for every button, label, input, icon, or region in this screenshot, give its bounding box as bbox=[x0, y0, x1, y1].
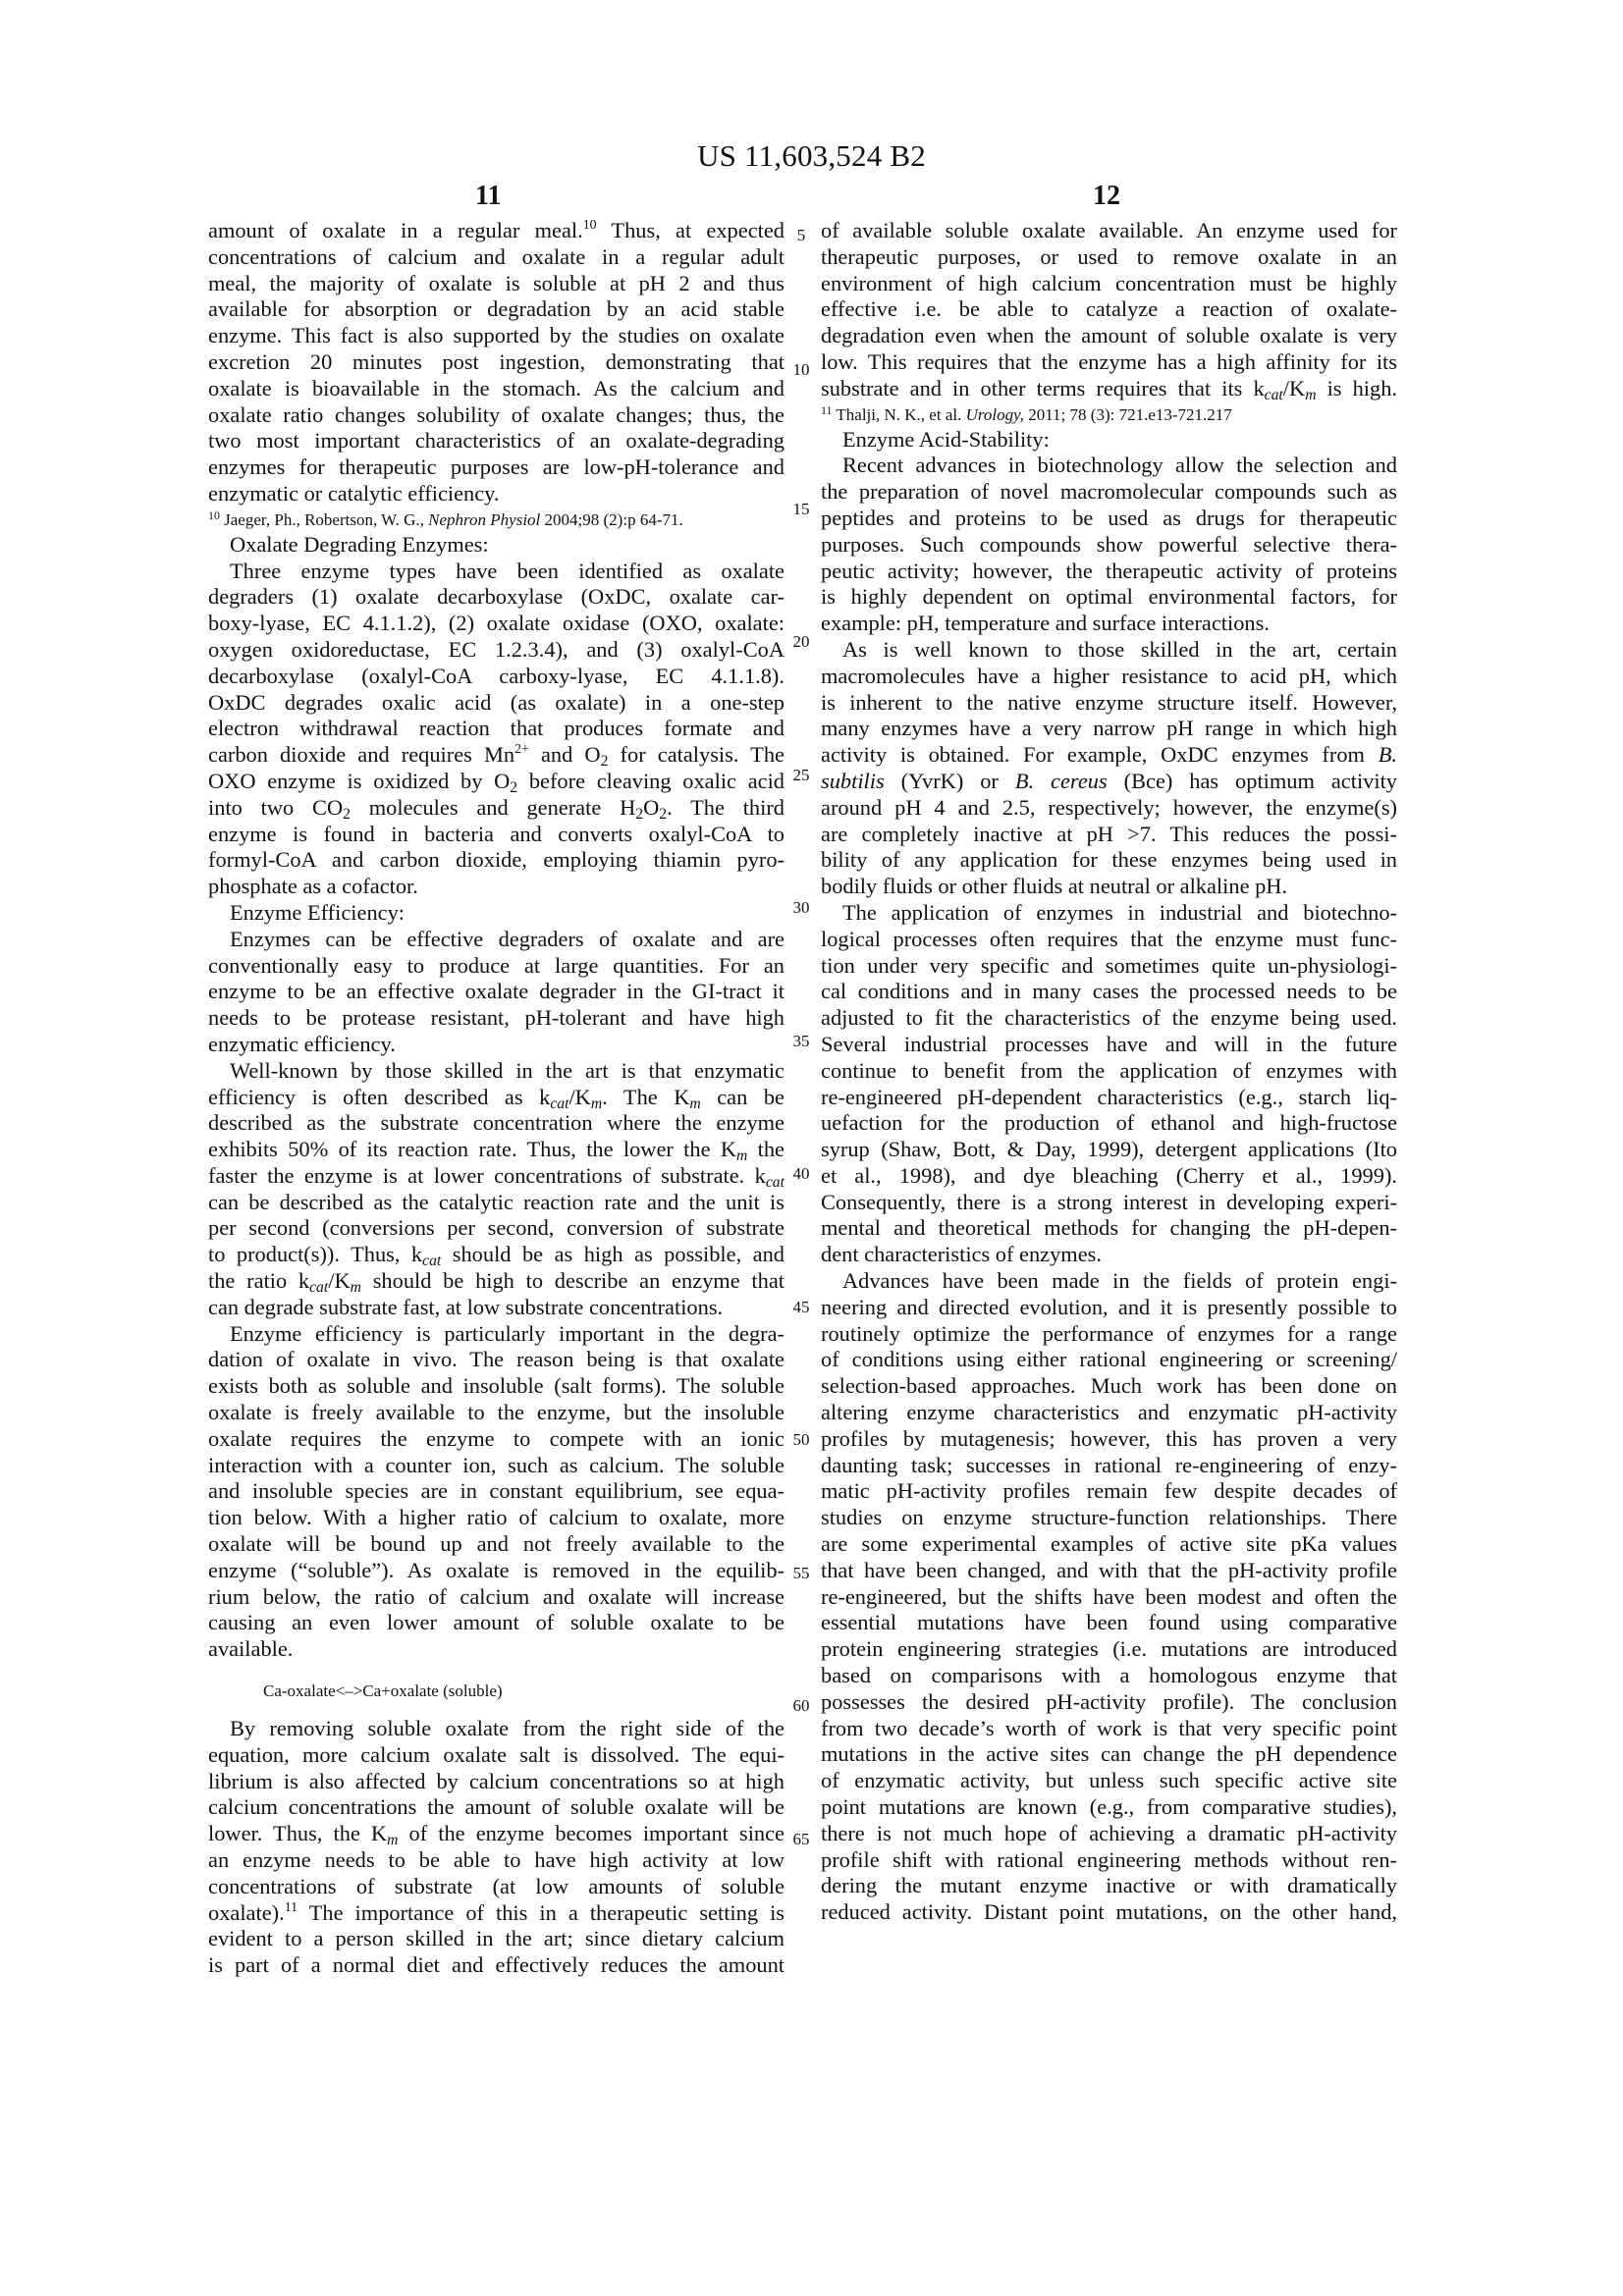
text-line: oxalate ratio changes solubility of oxal… bbox=[208, 402, 784, 429]
text-line: of conditions using either rational engi… bbox=[821, 1347, 1397, 1373]
text-line: rium below, the ratio of calcium and oxa… bbox=[208, 1584, 784, 1611]
text-line: can be described as the catalytic reacti… bbox=[208, 1190, 784, 1216]
text-line: The application of enzymes in industrial… bbox=[821, 900, 1397, 927]
text-line: reduced activity. Distant point mutation… bbox=[821, 1899, 1397, 1926]
text-line: that have been changed, and with that th… bbox=[821, 1558, 1397, 1584]
text-line: amount of oxalate in a regular meal.10 T… bbox=[208, 218, 784, 244]
column-number-right: 12 bbox=[1093, 181, 1120, 212]
text-line: altering enzyme characteristics and enzy… bbox=[821, 1400, 1397, 1426]
text-line: possesses the desired pH-activity profil… bbox=[821, 1689, 1397, 1716]
text-line: causing an even lower amount of soluble … bbox=[208, 1610, 784, 1636]
text-line: carbon dioxide and requires Mn2+ and O2 … bbox=[208, 742, 784, 769]
text-line: librium is also affected by calcium conc… bbox=[208, 1769, 784, 1795]
line-number: 20 bbox=[786, 632, 816, 652]
text-line: Three enzyme types have been identified … bbox=[208, 559, 784, 585]
text-line: is part of a normal diet and effectively… bbox=[208, 1952, 784, 1979]
text-line: excretion 20 minutes post ingestion, dem… bbox=[208, 349, 784, 376]
text-line: point mutations are known (e.g., from co… bbox=[821, 1794, 1397, 1821]
line-number: 65 bbox=[786, 1830, 816, 1849]
equation: Ca-oxalate<–>Ca+oxalate (soluble) bbox=[208, 1663, 784, 1702]
text-line: OXO enzyme is oxidized by O2 before clea… bbox=[208, 769, 784, 795]
text-line: dering the mutant enzyme inactive or wit… bbox=[821, 1873, 1397, 1899]
text-line: matic pH-activity profiles remain few de… bbox=[821, 1478, 1397, 1505]
footnote: 11 Thalji, N. K., et al. Urology, 2011; … bbox=[821, 402, 1397, 427]
text-line: dation of oxalate in vivo. The reason be… bbox=[208, 1347, 784, 1373]
text-line: is inherent to the native enzyme structu… bbox=[821, 690, 1397, 717]
text-line: lower. Thus, the Km of the enzyme become… bbox=[208, 1821, 784, 1847]
text-line: oxygen oxidoreductase, EC 1.2.3.4), and … bbox=[208, 637, 784, 664]
patent-number: US 11,603,524 B2 bbox=[0, 138, 1623, 174]
text-line: mutations in the active sites can change… bbox=[821, 1741, 1397, 1768]
text-line: oxalate is bioavailable in the stomach. … bbox=[208, 376, 784, 402]
text-line: essential mutations have been found usin… bbox=[821, 1610, 1397, 1636]
text-line: concentrations of substrate (at low amou… bbox=[208, 1874, 784, 1900]
line-number: 40 bbox=[786, 1164, 816, 1184]
left-text-column: amount of oxalate in a regular meal.10 T… bbox=[208, 218, 784, 1979]
text-line: described as the substrate concentration… bbox=[208, 1110, 784, 1137]
text-line: an enzyme needs to be able to have high … bbox=[208, 1847, 784, 1874]
text-line: mental and theoretical methods for chang… bbox=[821, 1215, 1397, 1242]
text-line: conventionally easy to produce at large … bbox=[208, 953, 784, 980]
text-line: meal, the majority of oxalate is soluble… bbox=[208, 271, 784, 297]
text-line: needs to be protease resistant, pH-toler… bbox=[208, 1005, 784, 1032]
text-line: formyl-CoA and carbon dioxide, employing… bbox=[208, 847, 784, 874]
text-line: of enzymatic activity, but unless such s… bbox=[821, 1768, 1397, 1794]
text-line: there is not much hope of achieving a dr… bbox=[821, 1821, 1397, 1847]
text-line: OxDC degrades oxalic acid (as oxalate) i… bbox=[208, 690, 784, 717]
text-line: are some experimental examples of active… bbox=[821, 1531, 1397, 1558]
text-line: exists both as soluble and insoluble (sa… bbox=[208, 1373, 784, 1400]
text-line: equation, more calcium oxalate salt is d… bbox=[208, 1742, 784, 1769]
text-line: available. bbox=[208, 1636, 784, 1663]
text-line: can degrade substrate fast, at low subst… bbox=[208, 1295, 784, 1321]
line-number: 35 bbox=[786, 1032, 816, 1051]
text-line: therapeutic purposes, or used to remove … bbox=[821, 244, 1397, 271]
text-line: tion below. With a higher ratio of calci… bbox=[208, 1505, 784, 1531]
line-number: 30 bbox=[786, 898, 816, 918]
text-line: oxalate requires the enzyme to compete w… bbox=[208, 1426, 784, 1453]
text-line: Several industrial processes have and wi… bbox=[821, 1032, 1397, 1058]
text-line: per second (conversions per second, conv… bbox=[208, 1215, 784, 1242]
text-line: Enzymes can be effective degraders of ox… bbox=[208, 927, 784, 953]
text-line: Advances have been made in the fields of… bbox=[821, 1268, 1397, 1295]
text-line: two most important characteristics of an… bbox=[208, 428, 784, 454]
text-line: interaction with a counter ion, such as … bbox=[208, 1453, 784, 1479]
text-line: macromolecules have a higher resistance … bbox=[821, 664, 1397, 690]
text-line: degradation even when the amount of solu… bbox=[821, 323, 1397, 349]
text-line: syrup (Shaw, Bott, & Day, 1999), deterge… bbox=[821, 1137, 1397, 1163]
text-line: logical processes often requires that th… bbox=[821, 927, 1397, 953]
text-line: profiles by mutagenesis; however, this h… bbox=[821, 1426, 1397, 1453]
line-number: 50 bbox=[786, 1430, 816, 1450]
text-line: daunting task; successes in rational re-… bbox=[821, 1453, 1397, 1479]
text-line: By removing soluble oxalate from the rig… bbox=[208, 1716, 784, 1742]
text-line: subtilis (YvrK) or B. cereus (Bce) has o… bbox=[821, 769, 1397, 795]
text-line: and insoluble species are in constant eq… bbox=[208, 1478, 784, 1505]
text-line: et al., 1998), and dye bleaching (Cherry… bbox=[821, 1163, 1397, 1190]
text-line: evident to a person skilled in the art; … bbox=[208, 1926, 784, 1952]
text-line: the ratio kcat/Km should be high to desc… bbox=[208, 1268, 784, 1295]
text-line: re-engineered pH-dependent characteristi… bbox=[821, 1085, 1397, 1111]
text-line: neering and directed evolution, and it i… bbox=[821, 1295, 1397, 1321]
text-line: enzyme. This fact is also supported by t… bbox=[208, 323, 784, 349]
text-line: enzyme (“soluble”). As oxalate is remove… bbox=[208, 1558, 784, 1584]
text-line: concentrations of calcium and oxalate in… bbox=[208, 244, 784, 271]
text-line: example: pH, temperature and surface int… bbox=[821, 611, 1397, 637]
text-line: exhibits 50% of its reaction rate. Thus,… bbox=[208, 1137, 784, 1163]
text-line: to product(s)). Thus, kcat should be as … bbox=[208, 1242, 784, 1268]
column-number-left: 11 bbox=[475, 181, 501, 212]
text-line: dent characteristics of enzymes. bbox=[821, 1242, 1397, 1268]
text-line: enzyme is found in bacteria and converts… bbox=[208, 822, 784, 848]
text-line: degraders (1) oxalate decarboxylase (OxD… bbox=[208, 584, 784, 611]
text-line: boxy-lyase, EC 4.1.1.2), (2) oxalate oxi… bbox=[208, 611, 784, 637]
line-number: 25 bbox=[786, 766, 816, 785]
line-number: 10 bbox=[786, 360, 816, 380]
text-line: efficiency is often described as kcat/Km… bbox=[208, 1085, 784, 1111]
text-line: adjusted to fit the characteristics of t… bbox=[821, 1005, 1397, 1032]
text-line: activity is obtained. For example, OxDC … bbox=[821, 742, 1397, 769]
text-line: available for absorption or degradation … bbox=[208, 296, 784, 323]
text-line: enzymes for therapeutic purposes are low… bbox=[208, 454, 784, 481]
line-number: 55 bbox=[786, 1564, 816, 1583]
line-number: 45 bbox=[786, 1298, 816, 1317]
text-line: Recent advances in biotechnology allow t… bbox=[821, 453, 1397, 479]
section-heading: Enzyme Acid-Stability: bbox=[821, 427, 1397, 454]
text-line: decarboxylase (oxalyl-CoA carboxy-lyase,… bbox=[208, 664, 784, 690]
text-line: studies on enzyme structure-function rel… bbox=[821, 1505, 1397, 1531]
section-heading: Enzyme Efficiency: bbox=[208, 900, 784, 927]
section-heading: Oxalate Degrading Enzymes: bbox=[208, 532, 784, 559]
text-line: effective i.e. be able to catalyze a rea… bbox=[821, 296, 1397, 323]
text-line: tion under very specific and sometimes q… bbox=[821, 953, 1397, 980]
text-line: uefaction for the production of ethanol … bbox=[821, 1110, 1397, 1137]
text-line: of available soluble oxalate available. … bbox=[821, 218, 1397, 244]
text-line: based on comparisons with a homologous e… bbox=[821, 1663, 1397, 1689]
text-line: continue to benefit from the application… bbox=[821, 1058, 1397, 1085]
text-line: is highly dependent on optimal environme… bbox=[821, 584, 1397, 611]
text-line: enzymatic or catalytic efficiency. bbox=[208, 481, 784, 507]
text-line: profile shift with rational engineering … bbox=[821, 1847, 1397, 1874]
line-number: 5 bbox=[786, 226, 816, 245]
text-line: bility of any application for these enzy… bbox=[821, 847, 1397, 874]
text-line: phosphate as a cofactor. bbox=[208, 874, 784, 900]
text-line: peutic activity; however, the therapeuti… bbox=[821, 559, 1397, 585]
text-line: As is well known to those skilled in the… bbox=[821, 637, 1397, 664]
text-line: enzyme to be an effective oxalate degrad… bbox=[208, 979, 784, 1005]
text-line: oxalate is freely available to the enzym… bbox=[208, 1400, 784, 1426]
text-line: many enzymes have a very narrow pH range… bbox=[821, 716, 1397, 742]
text-line: environment of high calcium concentratio… bbox=[821, 271, 1397, 297]
text-line: faster the enzyme is at lower concentrat… bbox=[208, 1163, 784, 1190]
text-line: protein engineering strategies (i.e. mut… bbox=[821, 1636, 1397, 1663]
text-line: substrate and in other terms requires th… bbox=[821, 376, 1397, 402]
text-line: low. This requires that the enzyme has a… bbox=[821, 349, 1397, 376]
text-line: bodily fluids or other fluids at neutral… bbox=[821, 874, 1397, 900]
text-line: re-engineered, but the shifts have been … bbox=[821, 1584, 1397, 1611]
text-line: around pH 4 and 2.5, respectively; howev… bbox=[821, 795, 1397, 822]
text-line: are completely inactive at pH >7. This r… bbox=[821, 822, 1397, 848]
text-line: Enzyme efficiency is particularly import… bbox=[208, 1321, 784, 1348]
text-line: Well-known by those skilled in the art i… bbox=[208, 1058, 784, 1085]
text-line: into two CO2 molecules and generate H2O2… bbox=[208, 795, 784, 822]
text-line: electron withdrawal reaction that produc… bbox=[208, 716, 784, 742]
line-number: 60 bbox=[786, 1696, 816, 1716]
text-line: cal conditions and in many cases the pro… bbox=[821, 979, 1397, 1005]
text-line: calcium concentrations the amount of sol… bbox=[208, 1794, 784, 1821]
text-line: peptides and proteins to be used as drug… bbox=[821, 506, 1397, 532]
text-line: enzymatic efficiency. bbox=[208, 1032, 784, 1058]
text-line: oxalate).11 The importance of this in a … bbox=[208, 1900, 784, 1927]
footnote: 10 Jaeger, Ph., Robertson, W. G., Nephro… bbox=[208, 507, 784, 532]
text-line: routinely optimize the performance of en… bbox=[821, 1321, 1397, 1348]
text-line: oxalate will be bound up and not freely … bbox=[208, 1531, 784, 1558]
text-line: the preparation of novel macromolecular … bbox=[821, 479, 1397, 506]
right-text-column: of available soluble oxalate available. … bbox=[821, 218, 1397, 1926]
line-number: 15 bbox=[786, 500, 816, 519]
text-line: Consequently, there is a strong interest… bbox=[821, 1190, 1397, 1216]
text-line: purposes. Such compounds show powerful s… bbox=[821, 532, 1397, 559]
text-line: selection-based approaches. Much work ha… bbox=[821, 1373, 1397, 1400]
text-line: from two decade’s worth of work is that … bbox=[821, 1716, 1397, 1742]
